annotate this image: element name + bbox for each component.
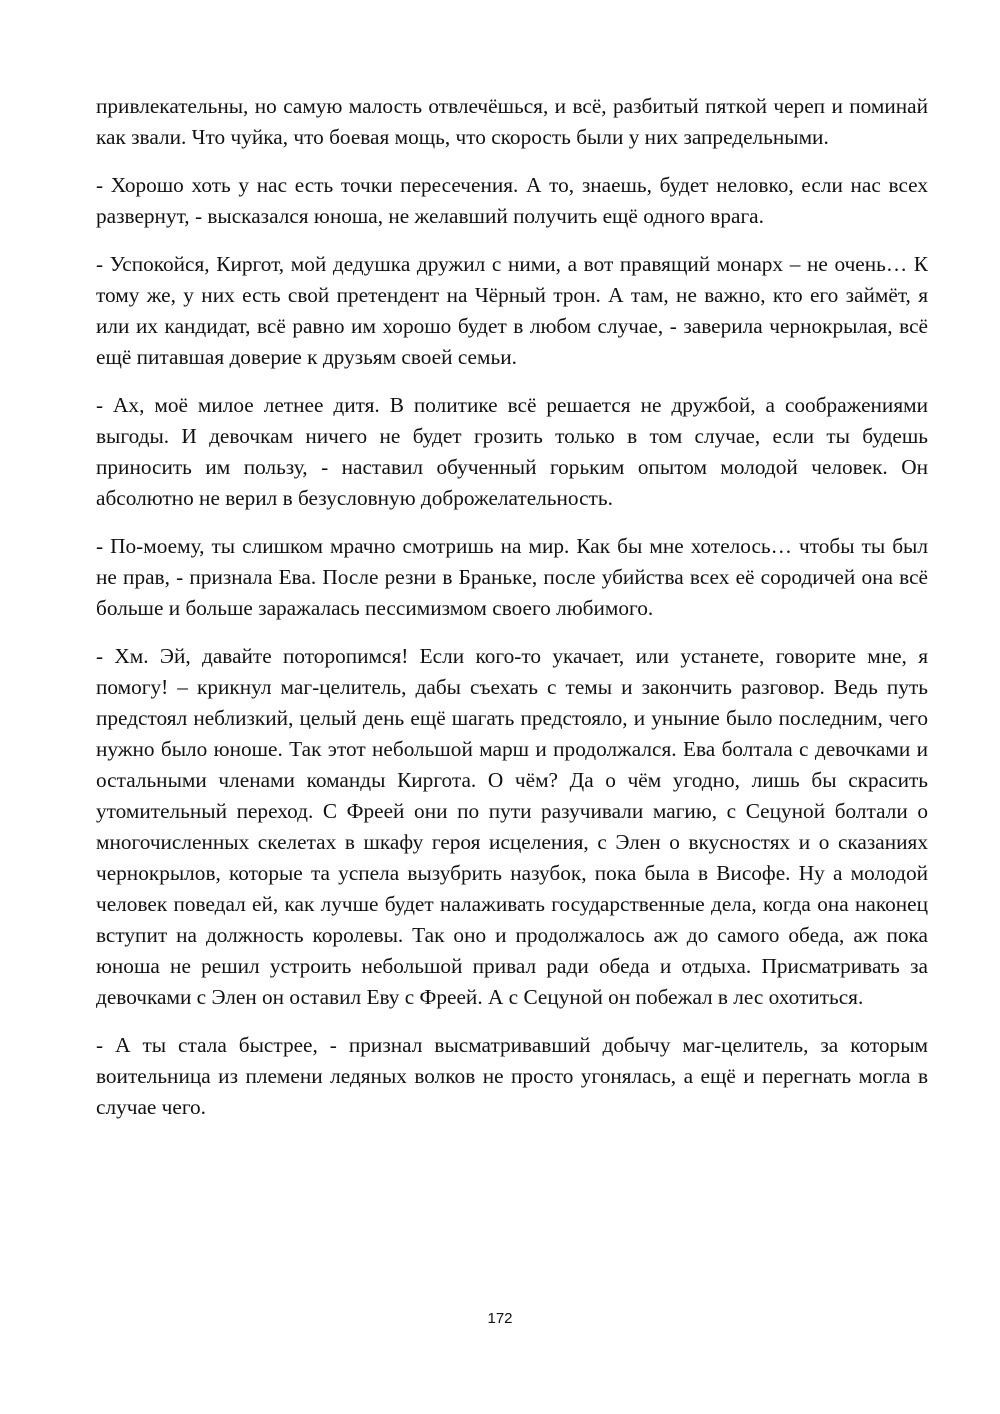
paragraph: - А ты стала быстрее, - признал высматри… <box>96 1030 928 1123</box>
paragraph: - По-моему, ты слишком мрачно смотришь н… <box>96 531 928 624</box>
page-body: привлекательны, но самую малость отвлечё… <box>96 91 928 1140</box>
paragraph: - Успокойся, Киргот, мой дедушка дружил … <box>96 249 928 373</box>
paragraph: - Ах, моё милое летнее дитя. В политике … <box>96 390 928 514</box>
page-number: 172 <box>0 1310 1000 1327</box>
paragraph: - Хорошо хоть у нас есть точки пересечен… <box>96 170 928 232</box>
paragraph: - Хм. Эй, давайте поторопимся! Если кого… <box>96 641 928 1013</box>
paragraph: привлекательны, но самую малость отвлечё… <box>96 91 928 153</box>
